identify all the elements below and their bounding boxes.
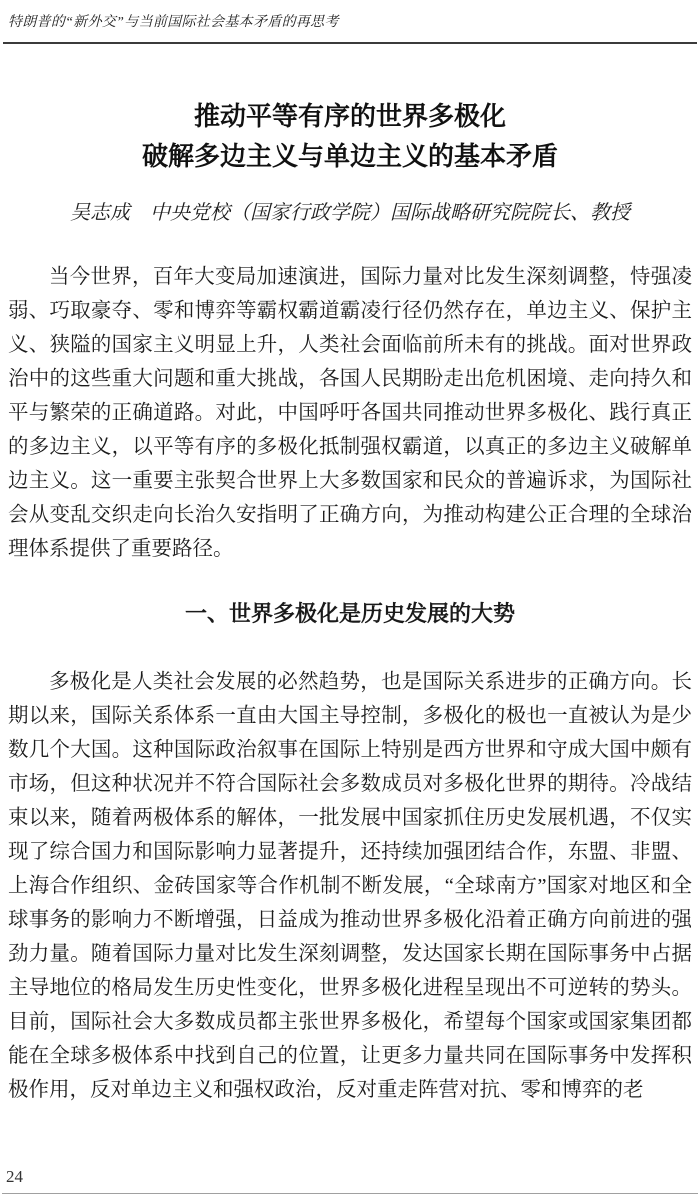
section-1-paragraph: 多极化是人类社会发展的必然趋势，也是国际关系进步的正确方向。长期以来，国际关系体… [8,665,692,1107]
document-page: 特朗普的“新外交”与当前国际社会基本矛盾的再思考 推动平等有序的世界多极化 破解… [0,0,700,1195]
footer-rule [2,1193,698,1194]
page-number: 24 [6,1167,23,1187]
article-title-line-2: 破解多边主义与单边主义的基本矛盾 [8,137,692,177]
running-head-title: 特朗普的“新外交”与当前国际社会基本矛盾的再思考 [8,13,692,33]
article-title-line-1: 推动平等有序的世界多极化 [8,97,692,137]
header-rule [3,42,697,44]
page-header: 特朗普的“新外交”与当前国际社会基本矛盾的再思考 [8,13,692,44]
section-1-heading: 一、世界多极化是历史发展的大势 [8,599,692,629]
article-body: 推动平等有序的世界多极化 破解多边主义与单边主义的基本矛盾 吴志成中央党校（国家… [8,97,692,1107]
byline: 吴志成中央党校（国家行政学院）国际战略研究院院长、教授 [8,200,692,226]
author-name: 吴志成 [70,202,130,224]
article-title: 推动平等有序的世界多极化 破解多边主义与单边主义的基本矛盾 [8,97,692,177]
author-affiliation: 中央党校（国家行政学院）国际战略研究院院长、教授 [150,202,630,224]
intro-paragraph: 当今世界，百年大变局加速演进，国际力量对比发生深刻调整，恃强凌弱、巧取豪夺、零和… [8,260,692,566]
